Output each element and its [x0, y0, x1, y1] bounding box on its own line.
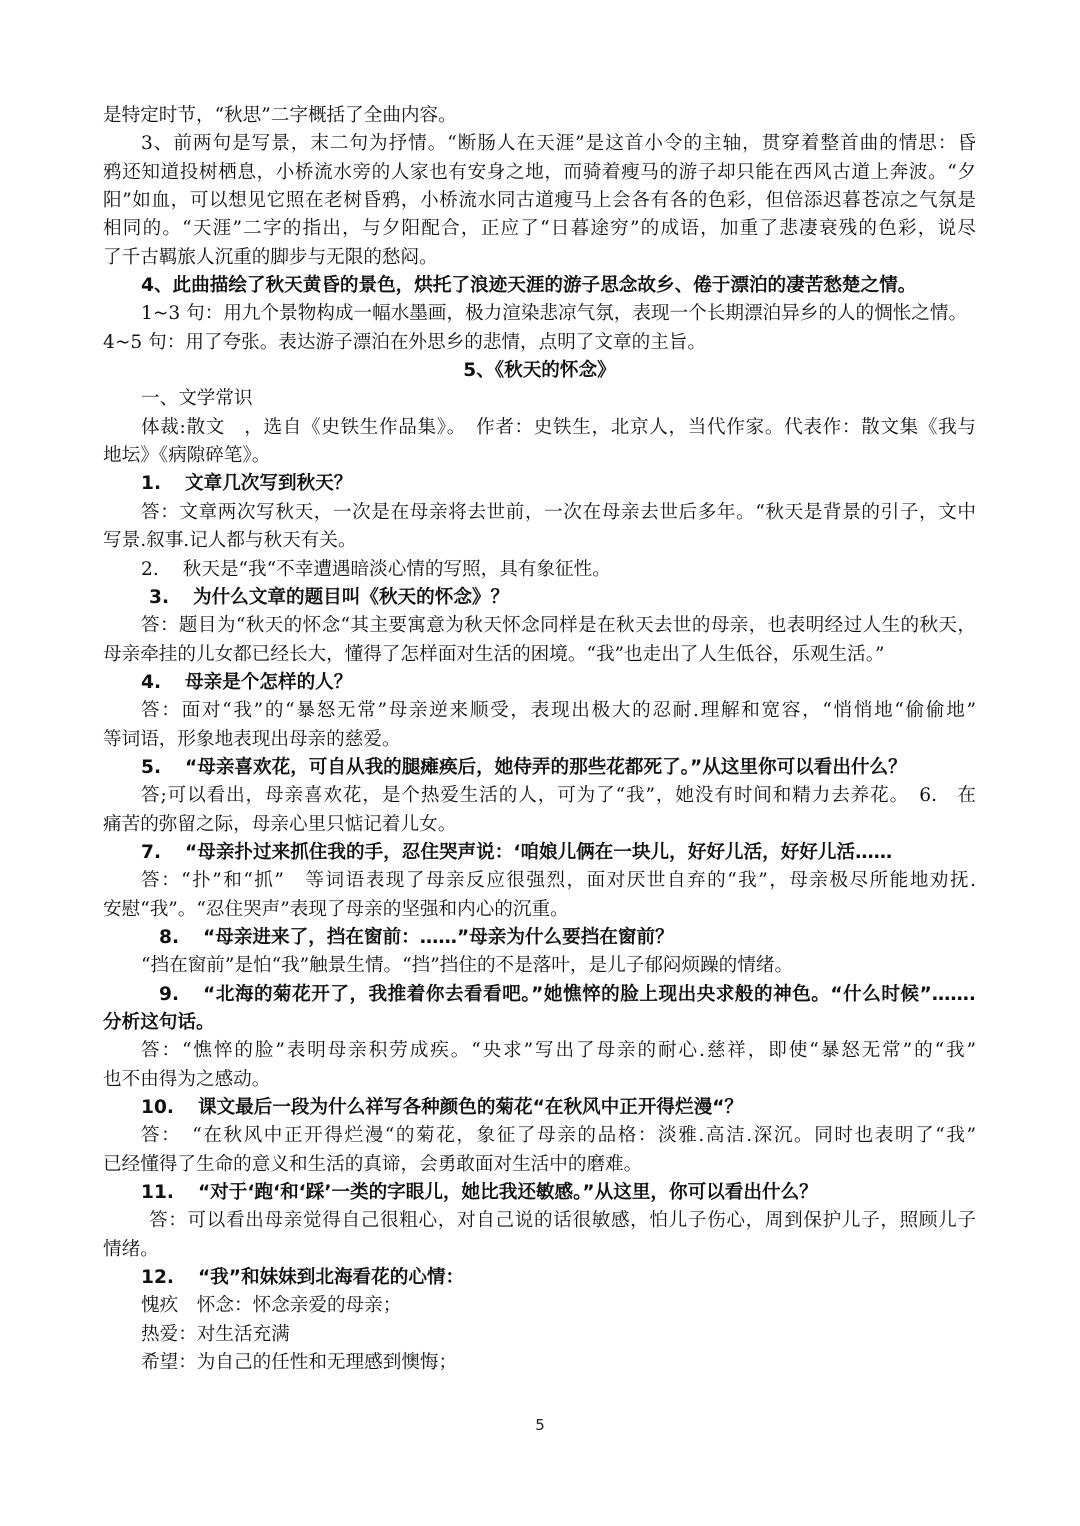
- answer-line: 答：“憔悴的脸”表明母亲积劳成疾。“央求”写出了母亲的耐心.慈祥，即使“暴怒无常…: [103, 1037, 976, 1065]
- question-number: 2.: [141, 559, 159, 580]
- answer-line: 答：“扑”和“抓” 等词语表现了母亲反应很强烈，面对厌世自弃的“我”，母亲极尽所…: [103, 867, 976, 895]
- page-number: 5: [0, 1416, 1080, 1434]
- question-9: 9.“北海的菊花开了，我推着你去看看吧。”她憔悴的脸上现出央求般的神色。“什么时…: [103, 981, 976, 1009]
- answer-line: 安慰“我”。“忍住哭声”表现了母亲的坚强和内心的沉重。: [103, 896, 976, 924]
- question-text: 母亲是个怎样的人？: [185, 672, 352, 693]
- question-number: 10.: [141, 1097, 174, 1118]
- question-text: “母亲进来了，挡在窗前：……”母亲为什么要挡在窗前？: [203, 927, 674, 948]
- question-text: “对于‘跑‘和‘踩’一类的字眼儿，她比我还敏感。”从这里，你可以看出什么？: [198, 1182, 818, 1203]
- question-4: 4.母亲是个怎样的人？: [103, 669, 976, 697]
- paragraph-line: 鸦还知道投树栖息，小桥流水旁的人家也有安身之地，而骑着瘦马的游子却只能在西风古道…: [103, 159, 976, 187]
- question-number: 9.: [159, 984, 179, 1005]
- answer-line: 情绪。: [103, 1236, 976, 1264]
- question-number: 11.: [141, 1182, 174, 1203]
- answer-line: 也不由得为之感动。: [103, 1066, 976, 1094]
- question-5: 5.“母亲喜欢花，可自从我的腿瘫痪后，她侍弄的那些花都死了。”从这里你可以看出什…: [103, 754, 976, 782]
- paragraph-line: 4~5 句：用了夸张。表达游子漂泊在外思乡的悲情，点明了文章的主旨。: [103, 329, 976, 357]
- paragraph-line: 地坛》《病隙碎笔》。: [103, 442, 976, 470]
- question-8: 8.“母亲进来了，挡在窗前：……”母亲为什么要挡在窗前？: [103, 924, 976, 952]
- document-page: 是特定时节，“秋思”二字概括了全曲内容。 3、前两句是写景，末二句为抒情。“断肠…: [0, 0, 1080, 1526]
- text-column: 是特定时节，“秋思”二字概括了全曲内容。 3、前两句是写景，末二句为抒情。“断肠…: [103, 102, 976, 1377]
- question-12: 12.“我”和妹妹到北海看花的心情：: [103, 1264, 976, 1292]
- question-1: 1.文章几次写到秋天？: [103, 470, 976, 498]
- answer-line: “挡在窗前”是怕“我”触景生情。“挡”挡住的不是落叶，是儿子郁闷烦躁的情绪。: [103, 952, 976, 980]
- question-number: 4.: [141, 672, 161, 693]
- question-number: 1.: [141, 473, 161, 494]
- answer-line: 热爱：对生活充满: [103, 1321, 976, 1349]
- answer-line: 已经懂得了生命的意义和生活的真谛，会勇敢面对生活中的磨难。: [103, 1151, 976, 1179]
- paragraph-line: 相同的。“天涯”二字的指出，与夕阳配合，正应了“日暮途穷”的成语，加重了悲凄衰残…: [103, 215, 976, 243]
- answer-line: 痛苦的弥留之际，母亲心里只惦记着儿女。: [103, 811, 976, 839]
- question-10: 10.课文最后一段为什么祥写各种颜色的菊花“在秋风中正开得烂漫“？: [103, 1094, 976, 1122]
- question-text: 课文最后一段为什么祥写各种颜色的菊花“在秋风中正开得烂漫“？: [198, 1097, 743, 1118]
- question-3: 3.为什么文章的题目叫《秋天的怀念》？: [103, 584, 976, 612]
- question-text: “母亲扑过来抓住我的手，忍住哭声说：‘咱娘儿俩在一块儿，好好儿活，好好儿活……: [185, 842, 892, 863]
- question-number: 3.: [149, 587, 169, 608]
- paragraph-line: 是特定时节，“秋思”二字概括了全曲内容。: [103, 102, 976, 130]
- question-text: 为什么文章的题目叫《秋天的怀念》？: [193, 587, 509, 608]
- question-number: 7.: [141, 842, 161, 863]
- section-subhead: 一、文学常识: [103, 385, 976, 413]
- question-text: 文章几次写到秋天？: [185, 473, 352, 494]
- question-text: “北海的菊花开了，我推着你去看看吧。”她憔悴的脸上现出央求般的神色。“什么时候”…: [203, 984, 976, 1005]
- answer-line: 答;可以看出，母亲喜欢花，是个热爱生活的人，可为了“我”，她没有时间和精力去养花…: [103, 782, 976, 810]
- answer-line: 等词语，形象地表现出母亲的慈爱。: [103, 726, 976, 754]
- answer-line: 希望：为自己的任性和无理感到懊悔；: [103, 1349, 976, 1377]
- question-text: “母亲喜欢花，可自从我的腿瘫痪后，她侍弄的那些花都死了。”从这里你可以看出什么？: [185, 757, 907, 778]
- answer-line: 答：可以看出母亲觉得自己很粗心，对自己说的话很敏感，怕儿子伤心，周到保护儿子，照…: [103, 1207, 976, 1235]
- question-number: 12.: [141, 1267, 174, 1288]
- answer-line: 答： “在秋风中正开得烂漫“的菊花，象征了母亲的品格：淡雅.高洁.深沉。同时也表…: [103, 1122, 976, 1150]
- answer-line: 母亲牵挂的儿女都已经长大，懂得了怎样面对生活的困境。“我”也走出了人生低谷，乐观…: [103, 641, 976, 669]
- answer-line: 答：题目为“秋天的怀念“其主要寓意为秋天怀念同样是在秋天去世的母亲，也表明经过人…: [103, 612, 976, 640]
- bold-summary-line: 4、此曲描绘了秋天黄昏的景色，烘托了浪迹天涯的游子思念故乡、倦于漂泊的凄苦愁楚之…: [103, 272, 976, 300]
- question-number: 8.: [159, 927, 179, 948]
- answer-line: 写景.叙事.记人都与秋天有关。: [103, 527, 976, 555]
- answer-line: 愧疚 怀念：怀念亲爱的母亲；: [103, 1292, 976, 1320]
- paragraph-line: 了千古羁旅人沉重的脚步与无限的愁闷。: [103, 244, 976, 272]
- answer-line: 答：文章两次写秋天，一次是在母亲将去世前，一次在母亲去世后多年。“秋天是背景的引…: [103, 499, 976, 527]
- statement-text: 秋天是“我“不幸遭遇暗淡心情的写照，具有象征性。: [183, 559, 611, 580]
- question-number: 5.: [141, 757, 161, 778]
- question-9-cont: 分析这句话。: [103, 1009, 976, 1037]
- section-title: 5、《秋天的怀念》: [103, 357, 976, 385]
- question-2: 2.秋天是“我“不幸遭遇暗淡心情的写照，具有象征性。: [103, 556, 976, 584]
- answer-line: 答：面对“我”的“暴怒无常”母亲逆来顺受，表现出极大的忍耐.理解和宽容，“悄悄地…: [103, 697, 976, 725]
- paragraph-line: 3、前两句是写景，末二句为抒情。“断肠人在天涯”是这首小令的主轴，贯穿着整首曲的…: [103, 130, 976, 158]
- paragraph-line: 体裁:散文 ，选自《史铁生作品集》。 作者：史铁生，北京人，当代作家。代表作：散…: [103, 414, 976, 442]
- question-11: 11.“对于‘跑‘和‘踩’一类的字眼儿，她比我还敏感。”从这里，你可以看出什么？: [103, 1179, 976, 1207]
- paragraph-line: 1~3 句：用九个景物构成一幅水墨画，极力渲染悲凉气氛，表现一个长期漂泊异乡的人…: [103, 300, 976, 328]
- question-text: “我”和妹妹到北海看花的心情：: [198, 1267, 464, 1288]
- paragraph-line: 阳”如血，可以想见它照在老树昏鸦，小桥流水同古道瘦马上会各有各的色彩，但倍添迟暮…: [103, 187, 976, 215]
- question-7: 7.“母亲扑过来抓住我的手，忍住哭声说：‘咱娘儿俩在一块儿，好好儿活，好好儿活……: [103, 839, 976, 867]
